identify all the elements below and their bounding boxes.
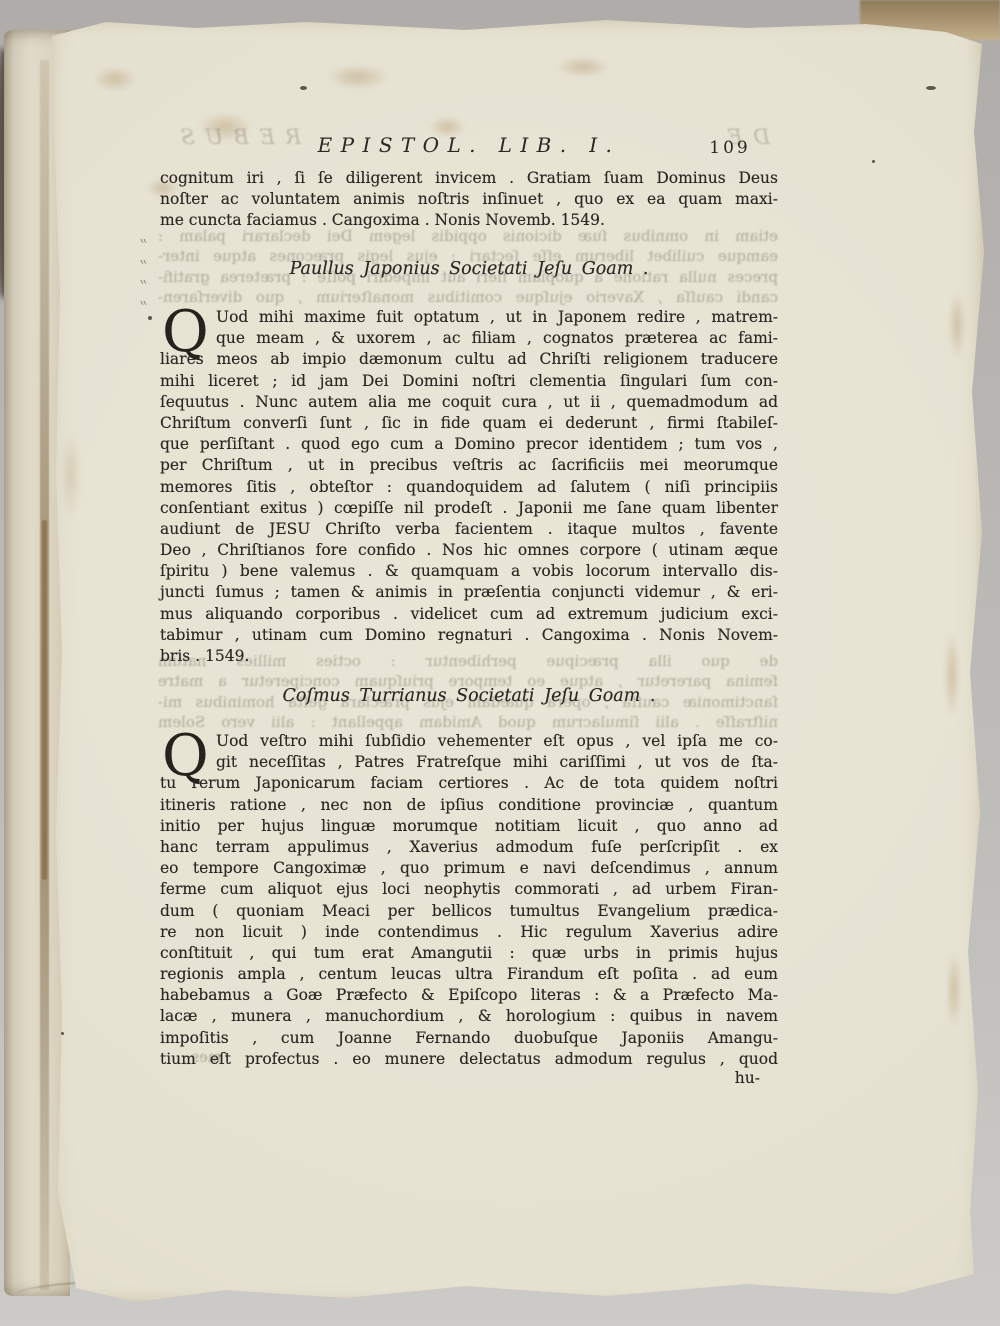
page-number: 109 xyxy=(700,138,760,158)
text-line: lacæ , munera , manuchordium , & horolog… xyxy=(160,1006,778,1027)
text-line: per Chriſtum , ut in precibus veſtris ac… xyxy=(160,455,778,476)
text-line: regionis ampla , centum leucas ultra Fir… xyxy=(160,964,778,985)
paragraph-continuation: cognitum iri , ſi ſe diligerent invicem … xyxy=(160,168,778,232)
photograph-of-open-book: DE REBUS etiam in omnibus ſuæ dicionis o… xyxy=(0,0,1000,1326)
text-line: que meam , & uxorem , ac filiam , cognat… xyxy=(160,328,778,349)
letter-body-paullus: Q Uod mihi maxime fuit optatum , ut in J… xyxy=(160,307,778,667)
text-line: git neceſſitas , Patres Fratreſque mihi … xyxy=(160,752,778,773)
text-line: eo tempore Cangoximæ , quo primum e navi… xyxy=(160,858,778,879)
text-line: audiunt de JESU Chriſto verba facientem … xyxy=(160,519,778,540)
text-line: impoſitis , cum Joanne Fernando duobuſqu… xyxy=(160,1028,778,1049)
letter-heading-paullus: Paullus Japonius Societati Jeſu Goam . xyxy=(160,259,778,279)
text-line: mihi liceret ; id jam Dei Domini noſtri … xyxy=(160,371,778,392)
text-line: mus aliquando corporibus . videlicet cum… xyxy=(160,604,778,625)
text-line: memores ſitis , obteſtor : quandoquidem … xyxy=(160,477,778,498)
text-line: me cuncta faciamus . Cangoxima . Nonis N… xyxy=(160,210,778,231)
drop-cap-initial: Q xyxy=(162,307,209,357)
text-line: liares meos ab impio dæmonum cultu ad Ch… xyxy=(160,349,778,370)
drop-cap-initial: Q xyxy=(162,731,209,781)
text-line: Chriſtum converſi ſunt , ſic in fide qua… xyxy=(160,413,778,434)
text-line: cognitum iri , ſi ſe diligerent invicem … xyxy=(160,168,778,189)
text-line: juncti ſumus ; tamen & animis in præſent… xyxy=(160,582,778,603)
text-line: re non licuit ) inde contendimus . Hic r… xyxy=(160,922,778,943)
binding-thread xyxy=(42,520,47,880)
text-line: tabimur , utinam cum Domino regnaturi . … xyxy=(160,625,778,646)
catchword: hu- xyxy=(160,1069,760,1087)
text-line: noſter ac voluntatem animis noſtris inſi… xyxy=(160,189,778,210)
text-line: Uod veſtro mihi ſubſidio vehementer eſt … xyxy=(160,731,778,752)
letter-body-cosmus: Q Uod veſtro mihi ſubſidio vehementer eſ… xyxy=(160,731,778,1070)
text-line: ſequutus . Nunc autem alia me coquit cur… xyxy=(160,392,778,413)
text-line: ferme cum aliquot ejus loci neophytis co… xyxy=(160,879,778,900)
text-line: Uod mihi maxime fuit optatum , ut in Jap… xyxy=(160,307,778,328)
text-line: tu rerum Japonicarum faciam certiores . … xyxy=(160,773,778,794)
letter-heading-cosmus: Coſmus Turrianus Societati Jeſu Goam . xyxy=(160,686,778,706)
text-line: itineris ratione , nec non de ipſius con… xyxy=(160,795,778,816)
text-line: habebamus a Goæ Præfecto & Epiſcopo lite… xyxy=(160,985,778,1006)
text-line: tium eſt profectus . eo munere delectatu… xyxy=(160,1049,778,1070)
text-line: conſentiant exitus ) cœpiſſe nil prodeſt… xyxy=(160,498,778,519)
text-line: dum ( quoniam Meaci per bellicos tumultu… xyxy=(160,901,778,922)
running-header: EPISTOL. LIB. I. xyxy=(160,133,778,157)
text-line: conſtituit , qui tum erat Amangutii : qu… xyxy=(160,943,778,964)
text-line: bris . 1549. xyxy=(160,646,778,667)
text-line: que perſiſtant . quod ego cum a Domino p… xyxy=(160,434,778,455)
text-line: Deo , Chriſtianos fore confido . Nos hic… xyxy=(160,540,778,561)
text-line: hanc terram appulimus , Xaverius admodum… xyxy=(160,837,778,858)
text-line: initio per hujus linguæ morumque notitia… xyxy=(160,816,778,837)
text-line: ſpiritu ) bene valemus . & quamquam a vo… xyxy=(160,561,778,582)
